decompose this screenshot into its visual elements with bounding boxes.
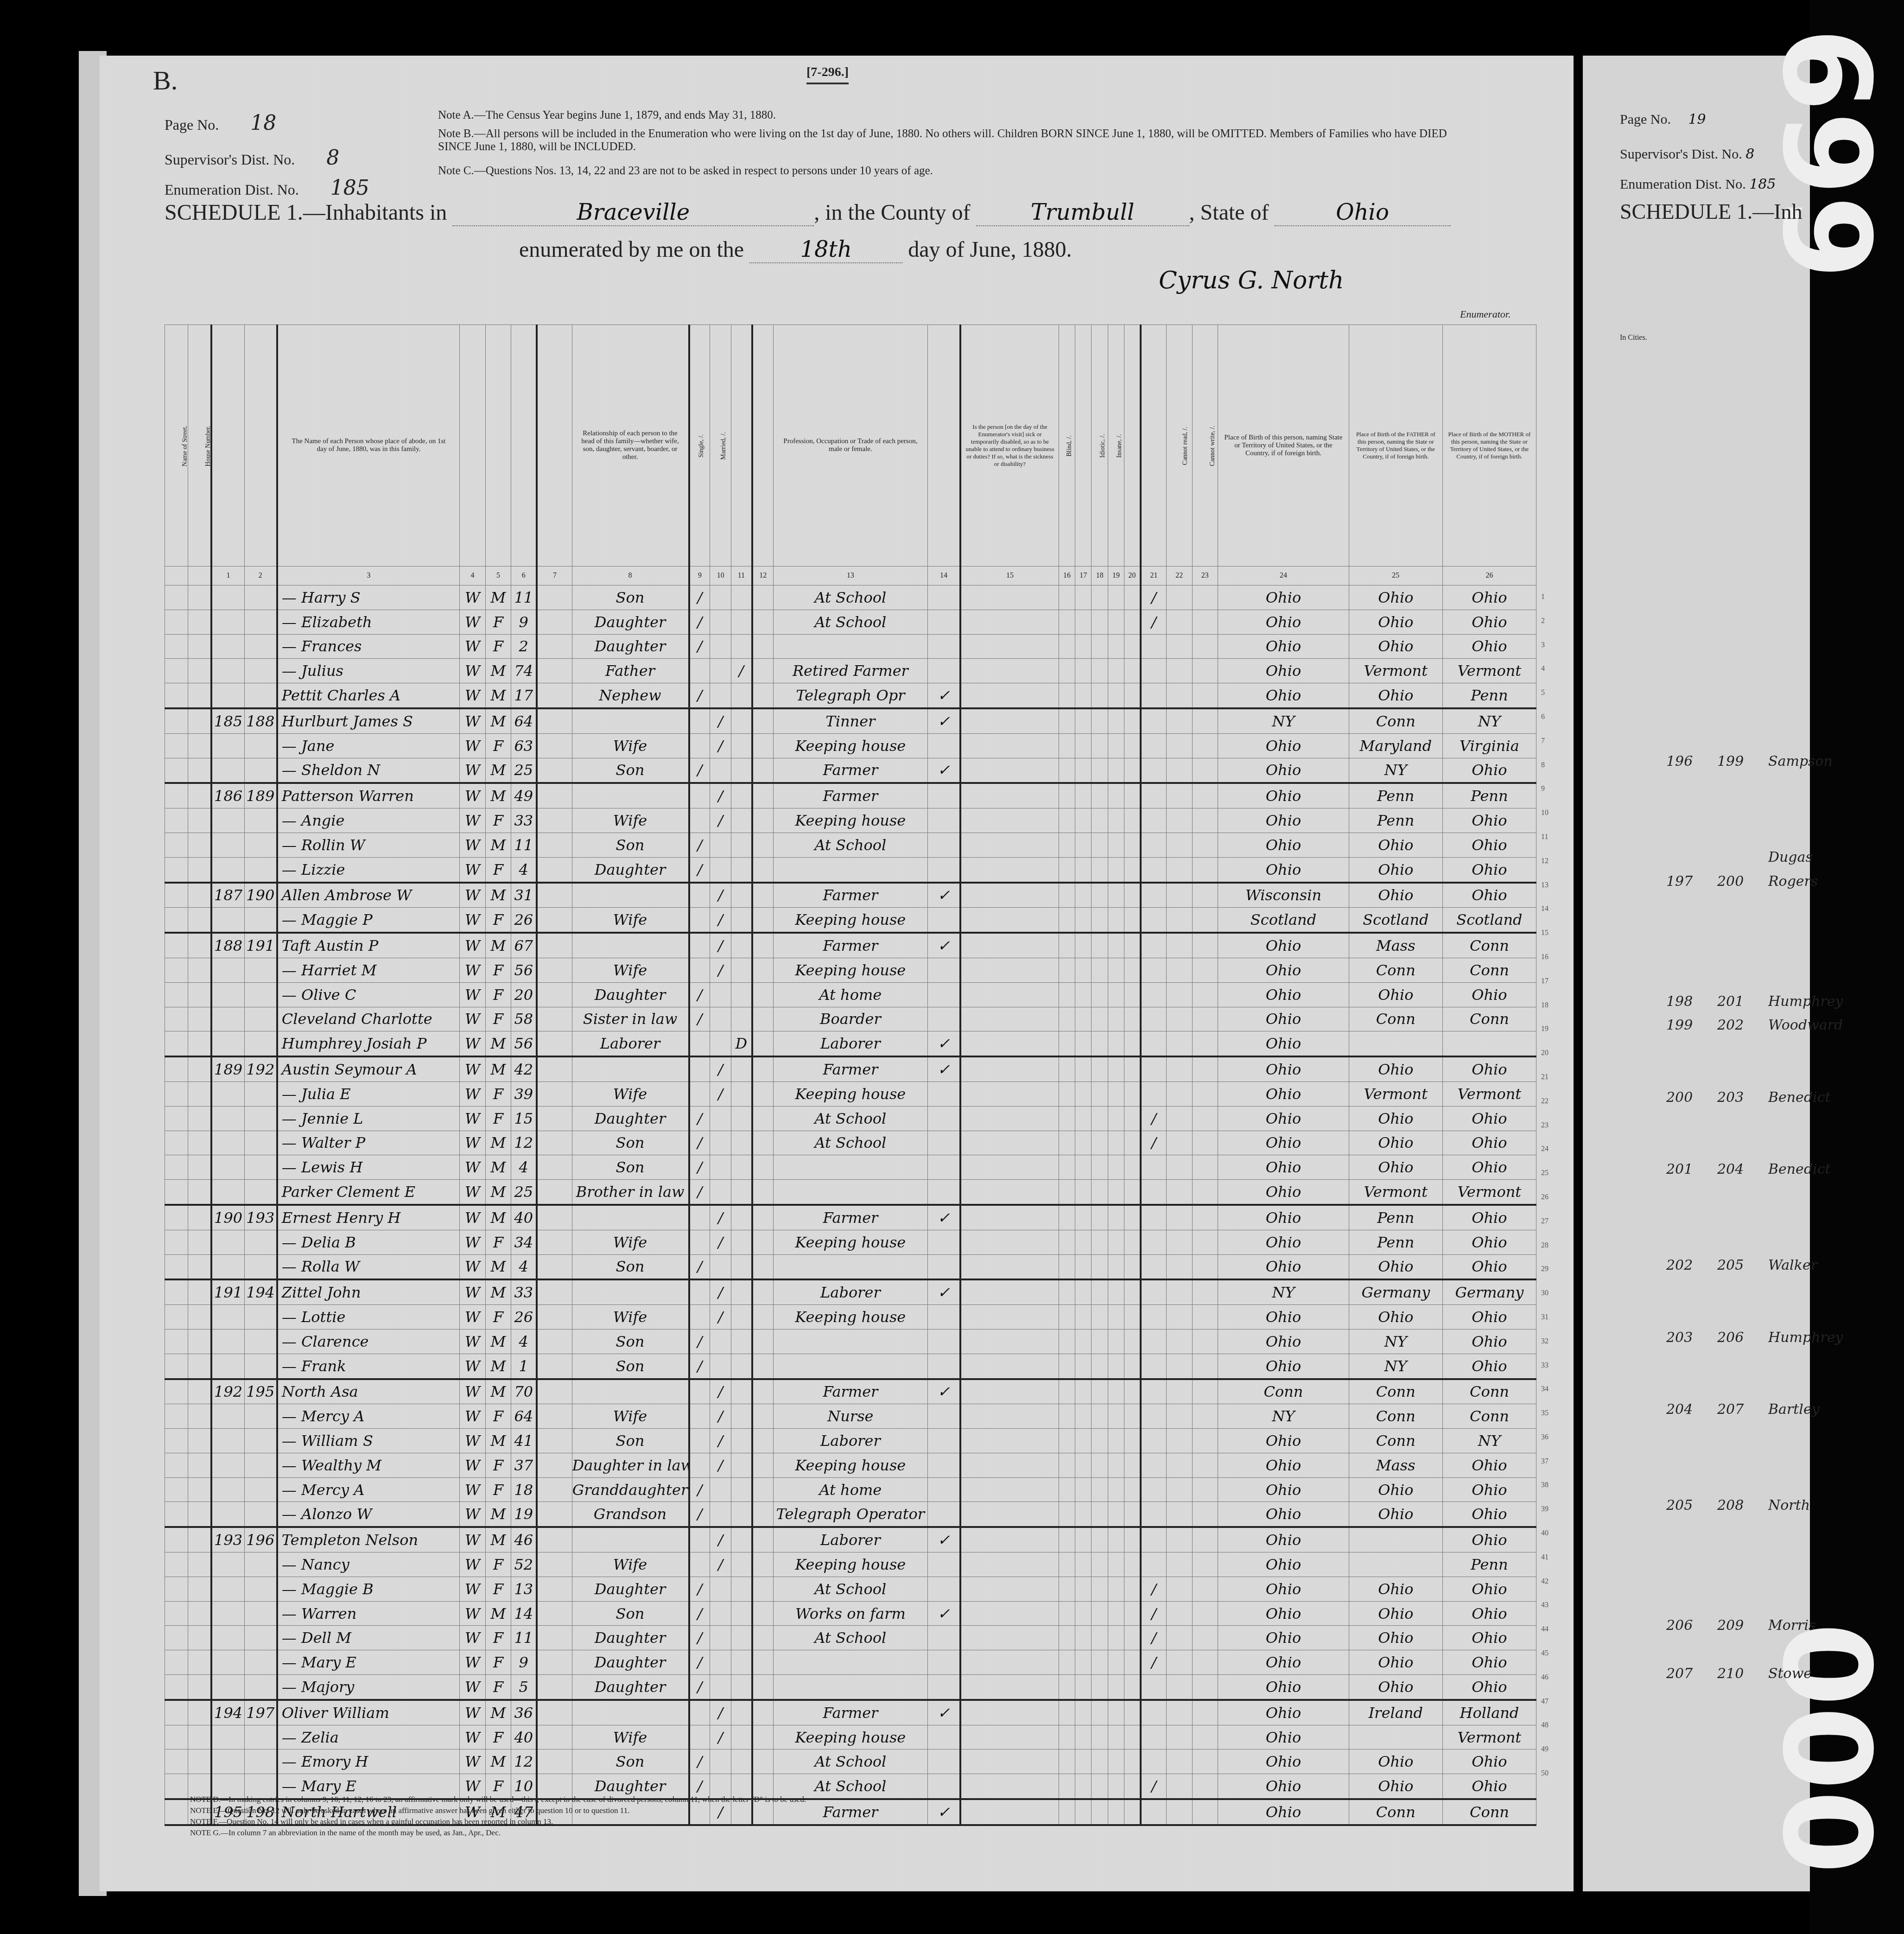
cell-school [1141, 1404, 1167, 1429]
cell-father: Vermont [1349, 659, 1442, 683]
cell-empty [1075, 1329, 1092, 1354]
cell-birth: Ohio [1218, 683, 1349, 708]
adjacent-entry-dwelling: 203 [1666, 1330, 1693, 1346]
cell-empty [1075, 958, 1092, 982]
cell-color: W [460, 1379, 486, 1404]
cell-empty [1167, 1725, 1193, 1750]
cell-empty [1092, 659, 1108, 683]
cell-unemp [928, 1725, 961, 1750]
cell-father: Maryland [1349, 733, 1442, 758]
cell-rel [572, 1700, 689, 1725]
cell-father: Ohio [1349, 1502, 1442, 1527]
cell-dwelling [211, 1626, 244, 1650]
cell-occ: Laborer [773, 1031, 927, 1056]
cell-family: 190 [244, 883, 277, 908]
cell-empty [1075, 1230, 1092, 1254]
cell-dwelling [211, 1404, 244, 1429]
col-header-family: Families numbered in order of visitation… [244, 325, 277, 566]
cell-family [244, 1750, 277, 1774]
cell-name: — Sheldon N [277, 758, 460, 783]
cell-rel: Wife [572, 1552, 689, 1577]
cell-widowed [731, 883, 752, 908]
cell-empty [537, 1404, 572, 1429]
cell-birth: Wisconsin [1218, 883, 1349, 908]
note-b: Note B.—All persons will be included in … [438, 127, 1481, 153]
cell-empty [960, 783, 1059, 808]
cell-unemp [928, 634, 961, 659]
cell-name: — Mercy A [277, 1477, 460, 1502]
cell-occ: Keeping house [773, 1230, 927, 1254]
cell-age: 64 [511, 1404, 537, 1429]
cell-dwelling [211, 1230, 244, 1254]
cell-mother: Ohio [1442, 982, 1536, 1007]
cell-empty [752, 933, 773, 958]
cell-school [1141, 683, 1167, 708]
cell-empty [1108, 1453, 1124, 1477]
cell-single [689, 1379, 710, 1404]
cell-occ [773, 1329, 927, 1354]
cell-married [710, 585, 731, 610]
line-number: 26 [1541, 1185, 1549, 1209]
cell-school [1141, 1230, 1167, 1254]
cell-school: / [1141, 610, 1167, 634]
cell-empty [1167, 610, 1193, 634]
cell-school [1141, 758, 1167, 783]
cell-empty [752, 1155, 773, 1180]
cell-empty [1059, 1429, 1075, 1453]
cell-sex: M [485, 1279, 511, 1304]
cell-rel: Son [572, 1354, 689, 1379]
cell-family [244, 1329, 277, 1354]
col-header-street: Name of Street. [165, 325, 188, 566]
cell-empty [165, 1502, 188, 1527]
cell-family [244, 1230, 277, 1254]
cell-name: — Jennie L [277, 1106, 460, 1131]
cell-married: / [710, 1305, 731, 1330]
col-num: 24 [1218, 566, 1349, 585]
cell-empty [165, 708, 188, 733]
cell-empty [1075, 1254, 1092, 1279]
cell-empty [1192, 1601, 1218, 1626]
cell-widowed [731, 1056, 752, 1082]
cell-empty [1167, 1106, 1193, 1131]
cell-empty [537, 1429, 572, 1453]
col-num: 15 [960, 566, 1059, 585]
cell-empty [1108, 1429, 1124, 1453]
cell-birth: Ohio [1218, 857, 1349, 882]
cell-empty [1167, 585, 1193, 610]
cell-widowed [731, 585, 752, 610]
adjacent-entry-name: Benedict [1768, 1161, 1831, 1177]
cell-empty [752, 1601, 773, 1626]
cell-empty [1059, 1279, 1075, 1304]
county-value: Trumbull [976, 199, 1189, 226]
cell-name: — Nancy [277, 1552, 460, 1577]
cell-father: Conn [1349, 1404, 1442, 1429]
cell-unemp [928, 659, 961, 683]
cell-father: Ohio [1349, 634, 1442, 659]
cell-single [689, 1230, 710, 1254]
cell-age: 26 [511, 1305, 537, 1330]
cell-empty [752, 1205, 773, 1230]
cell-single: / [689, 610, 710, 634]
cell-rel: Nephew [572, 683, 689, 708]
cell-sex: M [485, 585, 511, 610]
cell-color: W [460, 758, 486, 783]
col-header-birthplace: Place of Birth of this person, naming St… [1218, 325, 1349, 566]
cell-empty [960, 933, 1059, 958]
adjacent-census-sheet [1583, 56, 1815, 1891]
table-row: — Mary EWF9Daughter//OhioOhioOhio [165, 1650, 1536, 1675]
cell-empty [165, 1552, 188, 1577]
cell-empty [165, 1205, 188, 1230]
adjacent-entry-dwelling: 197 [1666, 873, 1693, 890]
cell-rel: Wife [572, 1725, 689, 1750]
cell-empty [1075, 1056, 1092, 1082]
cell-empty [1108, 833, 1124, 857]
cell-birth: Ohio [1218, 1056, 1349, 1082]
cell-empty [188, 1155, 211, 1180]
cell-occ: Works on farm [773, 1601, 927, 1626]
cell-sex: F [485, 1404, 511, 1429]
cell-empty [1075, 1725, 1092, 1750]
cell-unemp [928, 808, 961, 833]
cell-mother: Ohio [1442, 1056, 1536, 1082]
cell-mother [1442, 1031, 1536, 1056]
cell-name: — Alonzo W [277, 1502, 460, 1527]
cell-birth: Ohio [1218, 1750, 1349, 1774]
cell-empty [1167, 1774, 1193, 1799]
table-row: Pettit Charles AWM17Nephew/Telegraph Opr… [165, 683, 1536, 708]
cell-empty [1092, 1429, 1108, 1453]
adjacent-enumeration-label: Enumeration Dist. No. [1620, 177, 1746, 192]
line-number: 34 [1541, 1377, 1549, 1401]
cell-empty [188, 1305, 211, 1330]
col-num: 16 [1059, 566, 1075, 585]
cell-mother: Vermont [1442, 1725, 1536, 1750]
cell-school [1141, 1329, 1167, 1354]
cell-empty [752, 1131, 773, 1155]
cell-school [1141, 1379, 1167, 1404]
cell-empty [1192, 1799, 1218, 1825]
enumerator-signature: Cyrus G. North [1159, 267, 1344, 294]
cell-empty [1075, 1007, 1092, 1031]
table-row: — WarrenWM14Son/Works on farm✓/OhioOhioO… [165, 1601, 1536, 1626]
cell-married [710, 610, 731, 634]
adjacent-entry-family: 206 [1717, 1330, 1744, 1346]
table-row: — Julia EWF39Wife/Keeping houseOhioVermo… [165, 1082, 1536, 1106]
cell-empty [960, 1329, 1059, 1354]
cell-single: / [689, 683, 710, 708]
cell-empty [752, 833, 773, 857]
cell-unemp [928, 1502, 961, 1527]
cell-empty [537, 808, 572, 833]
table-row: — Olive CWF20Daughter/At homeOhioOhioOhi… [165, 982, 1536, 1007]
cell-name: — Majory [277, 1675, 460, 1700]
enumerated-day: 18th [749, 236, 902, 263]
line-number: 1 [1541, 585, 1549, 609]
cell-mother: Vermont [1442, 659, 1536, 683]
cell-empty [1059, 1180, 1075, 1205]
cell-empty [1192, 708, 1218, 733]
cell-empty [1092, 833, 1108, 857]
cell-family: 197 [244, 1700, 277, 1725]
cell-sex: F [485, 1007, 511, 1031]
cell-occ: At home [773, 982, 927, 1007]
cell-empty [752, 1502, 773, 1527]
cell-color: W [460, 1082, 486, 1106]
cell-empty [188, 659, 211, 683]
col-header-blind: Blind, /. [1059, 325, 1075, 566]
cell-empty [537, 758, 572, 783]
cell-empty [752, 1056, 773, 1082]
cell-single [689, 659, 710, 683]
cell-age: 1 [511, 1354, 537, 1379]
cell-empty [188, 1007, 211, 1031]
cell-empty [1192, 1354, 1218, 1379]
cell-empty [752, 1329, 773, 1354]
cell-empty [1124, 1379, 1141, 1404]
form-number: [7-296.] [806, 65, 849, 84]
schedule-title: SCHEDULE 1.—Inhabitants in Braceville, i… [165, 199, 1451, 226]
cell-father: Ohio [1349, 1650, 1442, 1675]
cell-empty [1059, 808, 1075, 833]
cell-age: 58 [511, 1007, 537, 1031]
cell-name: Austin Seymour A [277, 1056, 460, 1082]
cell-empty [752, 1453, 773, 1477]
cell-unemp [928, 1305, 961, 1330]
cell-unemp: ✓ [928, 1799, 961, 1825]
cell-age: 70 [511, 1379, 537, 1404]
reel-stamp-top: 699 [1756, 28, 1896, 280]
cell-color: W [460, 982, 486, 1007]
table-row: — FrankWM1Son/OhioNYOhio [165, 1354, 1536, 1379]
cell-sex: M [485, 783, 511, 808]
cell-widowed [731, 808, 752, 833]
cell-empty [537, 982, 572, 1007]
cell-mother: Virginia [1442, 733, 1536, 758]
cell-rel: Daughter [572, 1577, 689, 1601]
cell-age: 56 [511, 958, 537, 982]
cell-empty [1192, 1675, 1218, 1700]
cell-sex: F [485, 808, 511, 833]
cell-dwelling [211, 1750, 244, 1774]
table-row: 189192Austin Seymour AWM42/Farmer✓OhioOh… [165, 1056, 1536, 1082]
cell-empty [165, 1404, 188, 1429]
cell-birth: NY [1218, 1279, 1349, 1304]
col-header-birth-month: If born within the Census year, give the… [537, 325, 572, 566]
cell-name: Cleveland Charlotte [277, 1007, 460, 1031]
cell-unemp: ✓ [928, 1700, 961, 1725]
cell-empty [752, 1404, 773, 1429]
cell-occ [773, 1675, 927, 1700]
cell-empty [752, 908, 773, 933]
cell-unemp [928, 1131, 961, 1155]
cell-school [1141, 1552, 1167, 1577]
cell-school: / [1141, 1626, 1167, 1650]
cell-school [1141, 1527, 1167, 1552]
cell-family: 188 [244, 708, 277, 733]
line-number: 14 [1541, 897, 1549, 921]
cell-name: — Zelia [277, 1725, 460, 1750]
cell-empty [537, 1477, 572, 1502]
cell-sex: F [485, 1675, 511, 1700]
cell-occ: Farmer [773, 783, 927, 808]
cell-unemp: ✓ [928, 933, 961, 958]
cell-widowed [731, 833, 752, 857]
col-header-name: The Name of each Person whose place of a… [277, 325, 460, 566]
cell-color: W [460, 1675, 486, 1700]
cell-empty [1108, 1180, 1124, 1205]
cell-birth: Ohio [1218, 1675, 1349, 1700]
cell-empty [960, 1230, 1059, 1254]
cell-empty [1059, 1056, 1075, 1082]
table-row: — Mercy AWF64Wife/NurseNYConnConn [165, 1404, 1536, 1429]
cell-empty [1167, 1155, 1193, 1180]
cell-birth: Ohio [1218, 634, 1349, 659]
cell-age: 11 [511, 1626, 537, 1650]
cell-single: / [689, 1650, 710, 1675]
cell-empty [960, 1577, 1059, 1601]
cell-empty [960, 808, 1059, 833]
cell-father: NY [1349, 1329, 1442, 1354]
cell-empty [1192, 1502, 1218, 1527]
cell-father: Ohio [1349, 982, 1442, 1007]
cell-empty [1059, 1404, 1075, 1429]
cell-empty [165, 1180, 188, 1205]
cell-married [710, 1502, 731, 1527]
cell-dwelling [211, 733, 244, 758]
cell-empty [1059, 1527, 1075, 1552]
cell-family [244, 1354, 277, 1379]
cell-school [1141, 1305, 1167, 1330]
cell-single: / [689, 1155, 710, 1180]
cell-widowed [731, 958, 752, 982]
cell-school [1141, 733, 1167, 758]
col-num: 5 [485, 566, 511, 585]
cell-empty [188, 1700, 211, 1725]
cell-empty [1124, 1477, 1141, 1502]
cell-empty [537, 659, 572, 683]
cell-father: Ohio [1349, 857, 1442, 882]
line-number: 30 [1541, 1281, 1549, 1305]
cell-empty [165, 1799, 188, 1825]
cell-empty [1075, 982, 1092, 1007]
cell-mother: Ohio [1442, 1477, 1536, 1502]
cell-family: 193 [244, 1205, 277, 1230]
cell-color: W [460, 1453, 486, 1477]
col-num: 11 [731, 566, 752, 585]
col-num: 8 [572, 566, 689, 585]
cell-name: — Mercy A [277, 1404, 460, 1429]
line-number: 18 [1541, 993, 1549, 1018]
cell-dwelling [211, 1552, 244, 1577]
cell-empty [960, 1650, 1059, 1675]
cell-empty [960, 982, 1059, 1007]
cell-color: W [460, 1329, 486, 1354]
cell-occ: At home [773, 1477, 927, 1502]
cell-empty [1059, 708, 1075, 733]
cell-dwelling [211, 1725, 244, 1750]
cell-empty [1167, 1404, 1193, 1429]
cell-married [710, 1601, 731, 1626]
cell-empty [1092, 1404, 1108, 1429]
col-header-cannot-read: Cannot read, /. [1167, 325, 1193, 566]
cell-father: Ohio [1349, 1774, 1442, 1799]
cell-empty [1167, 1675, 1193, 1700]
cell-empty [1059, 1329, 1075, 1354]
cell-sex: F [485, 733, 511, 758]
col-header-married-census-year: Married during Census year, /. [752, 325, 773, 566]
cell-sex: M [485, 1527, 511, 1552]
cell-school [1141, 1700, 1167, 1725]
cell-empty [1124, 933, 1141, 958]
cell-rel: Wife [572, 958, 689, 982]
adjacent-entry-family: 207 [1717, 1401, 1744, 1418]
cell-empty [165, 758, 188, 783]
cell-name: — Walter P [277, 1131, 460, 1155]
cell-birth: Ohio [1218, 1552, 1349, 1577]
state-value: Ohio [1275, 199, 1451, 226]
cell-dwelling: 185 [211, 708, 244, 733]
cell-married: / [710, 933, 731, 958]
cell-empty [165, 659, 188, 683]
cell-empty [188, 1404, 211, 1429]
cell-school [1141, 659, 1167, 683]
col-header-married: Married, /. [710, 325, 731, 566]
cell-age: 64 [511, 708, 537, 733]
cell-school: / [1141, 1106, 1167, 1131]
cell-empty [1192, 1626, 1218, 1650]
cell-dwelling [211, 908, 244, 933]
cell-empty [1092, 1725, 1108, 1750]
cell-empty [1192, 1279, 1218, 1304]
cell-color: W [460, 908, 486, 933]
cell-family [244, 610, 277, 634]
cell-dwelling [211, 758, 244, 783]
cell-dwelling [211, 808, 244, 833]
adjacent-entry-name: Rogers [1768, 873, 1818, 890]
cell-empty [165, 1626, 188, 1650]
cell-occ: Telegraph Opr [773, 683, 927, 708]
cell-empty [1108, 1502, 1124, 1527]
table-row: — NancyWF52Wife/Keeping houseOhioPenn [165, 1552, 1536, 1577]
col-num: 25 [1349, 566, 1442, 585]
cell-mother: Ohio [1442, 1354, 1536, 1379]
cell-family [244, 1429, 277, 1453]
cell-father: Penn [1349, 808, 1442, 833]
cell-school [1141, 1279, 1167, 1304]
cell-color: W [460, 634, 486, 659]
cell-mother: Holland [1442, 1700, 1536, 1725]
cell-empty [1192, 634, 1218, 659]
cell-color: W [460, 1626, 486, 1650]
cell-mother: Ohio [1442, 1205, 1536, 1230]
cell-father: Mass [1349, 933, 1442, 958]
cell-empty [1059, 659, 1075, 683]
cell-unemp: ✓ [928, 683, 961, 708]
cell-age: 42 [511, 1056, 537, 1082]
cell-family [244, 833, 277, 857]
adjacent-page-number-value: 19 [1688, 111, 1706, 127]
cell-empty [960, 1305, 1059, 1330]
cell-age: 4 [511, 1155, 537, 1180]
cell-empty [1124, 1502, 1141, 1527]
cell-empty [1167, 1329, 1193, 1354]
cell-occ: At School [773, 1750, 927, 1774]
cell-birth: Ohio [1218, 1799, 1349, 1825]
cell-empty [1092, 1774, 1108, 1799]
